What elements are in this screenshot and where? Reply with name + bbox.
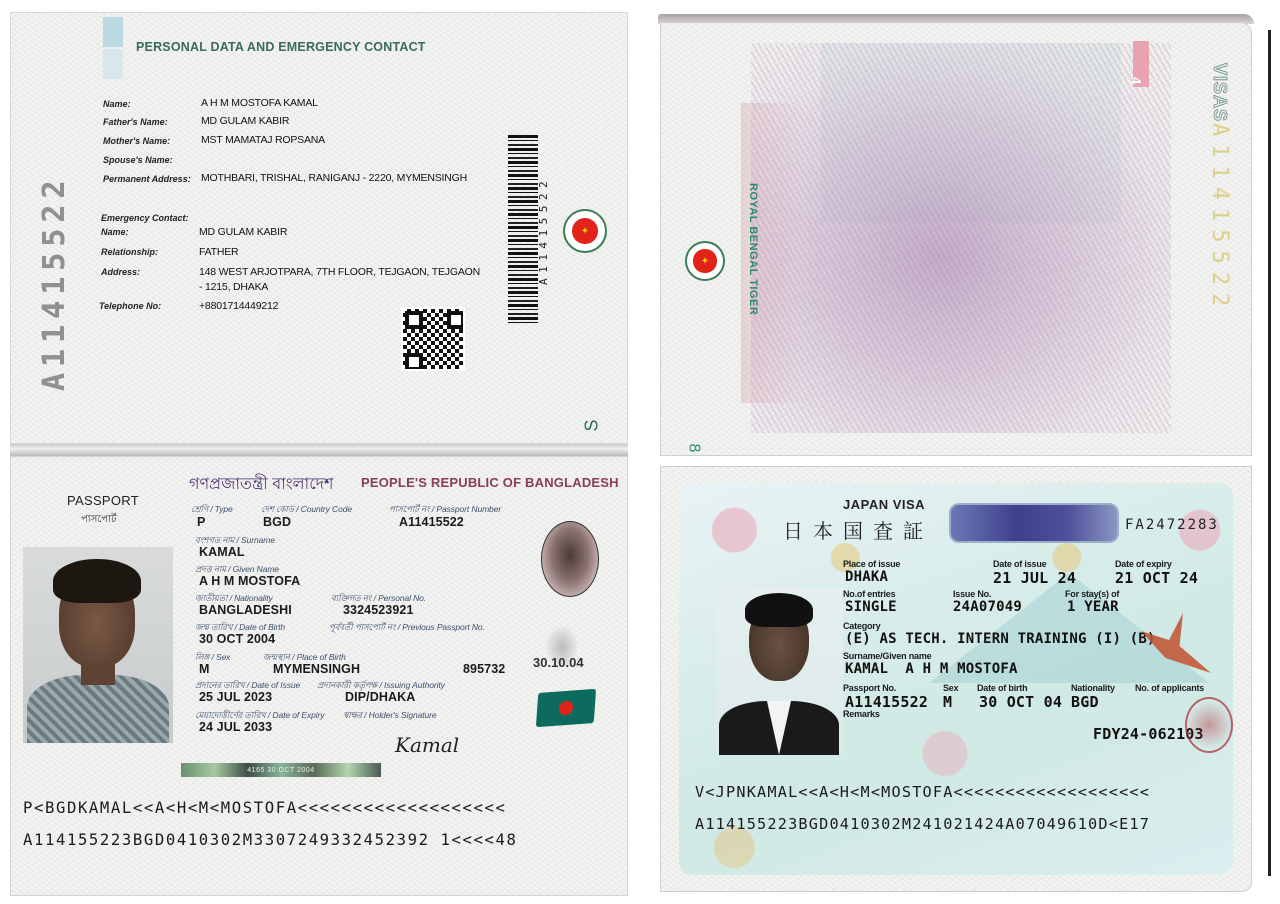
visa-title-japanese: 日本国査証 bbox=[783, 515, 933, 544]
visa-page: JAPAN VISA 日本国査証 FA2472283 Place of issu… bbox=[660, 466, 1252, 892]
for-stay-label: For stay(s) of bbox=[1065, 589, 1119, 599]
signature-label: স্বাক্ষর / Holder's Signature bbox=[343, 709, 437, 723]
visa-mrz-line-1: V<JPNKAMAL<<A<H<M<MOSTOFA<<<<<<<<<<<<<<<… bbox=[695, 783, 1150, 801]
emergency-contact-heading: Emergency Contact: bbox=[101, 213, 189, 223]
perforated-passport-number: A11415522 bbox=[37, 71, 73, 391]
surname-value: KAMAL bbox=[199, 545, 245, 559]
emergency-address-value: 148 WEST ARJOTPARA, 7TH FLOOR, TEJGAON, … bbox=[199, 266, 480, 278]
holographic-emblem bbox=[949, 503, 1119, 543]
personal-no-value: 3324523921 bbox=[343, 603, 414, 617]
given-name-value: A H M MOSTOFA bbox=[199, 574, 300, 588]
emergency-name-label: Name: bbox=[101, 227, 129, 237]
ghost-image-date: 30.10.04 bbox=[533, 655, 584, 670]
visas-label: VISAS bbox=[1209, 63, 1230, 122]
no-of-entries-label: No.of entries bbox=[843, 589, 895, 599]
barcode-number: A11415522 bbox=[537, 135, 551, 325]
tiger-caption: ROYAL BENGAL TIGER bbox=[747, 183, 759, 315]
date-of-issue-label: Date of issue bbox=[993, 559, 1046, 569]
date-of-issue-value: 21 JUL 24 bbox=[993, 569, 1076, 587]
telephone-label: Telephone No: bbox=[99, 301, 161, 311]
category-value: (E) AS TECH. INTERN TRAINING (I) (B) bbox=[845, 631, 1156, 647]
no-of-entries-value: SINGLE bbox=[845, 599, 897, 615]
passport-label: PASSPORT bbox=[67, 493, 139, 508]
date-of-birth-value: 30 OCT 2004 bbox=[199, 632, 275, 646]
nationality-label: Nationality bbox=[1071, 683, 1115, 693]
name-value: KAMAL A H M MOSTOFA bbox=[845, 661, 1018, 677]
sex-value: M bbox=[943, 693, 952, 711]
date-of-expiry-label: Date of expiry bbox=[1115, 559, 1172, 569]
date-of-expiry-value: 24 JUL 2033 bbox=[199, 720, 272, 734]
perforated-passport-number: A11415522 bbox=[1207, 123, 1232, 314]
visa-mrz-line-2: A114155223BGD0410302M241021424A07049610D… bbox=[695, 815, 1150, 833]
passport-label-bengali: পাসপোর্ট bbox=[81, 512, 116, 529]
sex-label: Sex bbox=[943, 683, 958, 693]
mother-name-value: MST MAMATAJ ROPSANA bbox=[201, 134, 325, 146]
issuing-authority-value: DIP/DHAKA bbox=[345, 690, 415, 704]
spouse-name-label: Spouse's Name: bbox=[103, 155, 173, 165]
father-name-value: MD GULAM KABIR bbox=[201, 115, 289, 127]
nationality-value: BANGLADESHI bbox=[199, 603, 292, 617]
type-value: P bbox=[197, 515, 205, 529]
sex-value: M bbox=[199, 662, 210, 676]
ghost-image-oval bbox=[541, 521, 599, 597]
no-of-applicants-label: No. of applicants bbox=[1135, 683, 1204, 693]
emergency-address-value-line2: - 1215, DHAKA bbox=[199, 281, 268, 293]
passport-number-value: A11415522 bbox=[399, 515, 464, 529]
emergency-name-value: MD GULAM KABIR bbox=[199, 226, 287, 238]
qr-code bbox=[401, 307, 465, 371]
name-label: Surname/Given name bbox=[843, 651, 931, 661]
issue-no-label: Issue No. bbox=[953, 589, 991, 599]
for-stay-value: 1 YEAR bbox=[1067, 599, 1119, 615]
place-of-issue-value: DHAKA bbox=[845, 569, 888, 585]
bangladesh-flag-icon bbox=[536, 689, 596, 727]
date-of-birth-value: 30 OCT 04 bbox=[979, 693, 1062, 711]
scan-edge-line bbox=[1268, 30, 1271, 876]
mrz-line-1: P<BGDKAMAL<<A<H<M<MOSTOFA<<<<<<<<<<<<<<<… bbox=[23, 799, 506, 817]
date-of-birth-label: Date of birth bbox=[977, 683, 1027, 693]
visa-pages-book: ROYAL BENGAL TIGER ✦ 4 VISAS A11415522 8… bbox=[658, 14, 1258, 892]
previous-passport-label: পূর্ববর্তী পাসপোর্ট নং / Previous Passpo… bbox=[329, 621, 485, 635]
date-of-issue-value: 25 JUL 2023 bbox=[199, 690, 272, 704]
personal-data-title: PERSONAL DATA AND EMERGENCY CONTACT bbox=[136, 40, 426, 54]
visa-title: JAPAN VISA bbox=[843, 497, 925, 512]
holder-signature: Kamal bbox=[395, 733, 459, 757]
tiger-page: ROYAL BENGAL TIGER ✦ 4 VISAS A11415522 8 bbox=[660, 22, 1252, 456]
country-header-bengali: গণপ্রজাতন্ত্রী বাংলাদেশ bbox=[189, 471, 334, 498]
ministry-seal-stamp bbox=[1185, 697, 1233, 753]
personal-data-page: PERSONAL DATA AND EMERGENCY CONTACT A114… bbox=[10, 12, 628, 444]
emergency-address-label: Address: bbox=[101, 267, 140, 277]
japan-visa-sticker: JAPAN VISA 日本国査証 FA2472283 Place of issu… bbox=[679, 483, 1233, 875]
visa-holder-photo bbox=[715, 587, 843, 755]
page-number-bottom: 8 bbox=[684, 444, 702, 453]
mrz-line-2: A114155223BGD0410302M3307249332452392 1<… bbox=[23, 831, 517, 849]
holder-photo bbox=[23, 547, 173, 743]
page-marker: S bbox=[582, 419, 603, 431]
permanent-address-label: Permanent Address: bbox=[103, 174, 191, 184]
mother-name-label: Mother's Name: bbox=[103, 136, 170, 146]
telephone-value: +8801714449212 bbox=[199, 300, 278, 312]
nationality-value: BGD bbox=[1071, 693, 1099, 711]
issue-no-value: 24A07049 bbox=[953, 599, 1022, 615]
father-name-label: Father's Name: bbox=[103, 117, 168, 127]
place-of-issue-label: Place of issue bbox=[843, 559, 900, 569]
page-number-top: 4 bbox=[1129, 77, 1144, 84]
relationship-label: Relationship: bbox=[101, 247, 158, 257]
bangladesh-passport-book: PERSONAL DATA AND EMERGENCY CONTACT A114… bbox=[10, 12, 630, 896]
place-of-birth-value: MYMENSINGH bbox=[273, 662, 360, 676]
hologram-strip: 4165 30 OCT 2004 bbox=[181, 763, 381, 777]
passport-no-label: Passport No. bbox=[843, 683, 896, 693]
government-seal-icon: ✦ bbox=[685, 241, 725, 281]
passport-bio-page: গণপ্রজাতন্ত্রী বাংলাদেশ PEOPLE'S REPUBLI… bbox=[10, 456, 628, 896]
remarks-label: Remarks bbox=[843, 709, 880, 719]
category-label: Category bbox=[843, 621, 880, 631]
date-of-expiry-value: 21 OCT 24 bbox=[1115, 569, 1198, 587]
government-seal-icon: ✦ bbox=[563, 209, 607, 253]
name-value: A H M MOSTOFA KAMAL bbox=[201, 97, 318, 109]
page-fold bbox=[10, 444, 628, 456]
country-header-english: PEOPLE'S REPUBLIC OF BANGLADESH bbox=[361, 475, 619, 490]
visa-number: FA2472283 bbox=[1125, 517, 1219, 533]
barcode bbox=[508, 135, 538, 323]
permanent-address-value: MOTHBARI, TRISHAL, RANIGANJ - 2220, MYME… bbox=[201, 172, 467, 184]
royal-bengal-tiger-image bbox=[751, 43, 1171, 433]
relationship-value: FATHER bbox=[199, 246, 238, 258]
name-label: Name: bbox=[103, 99, 131, 109]
serial-number: 895732 bbox=[463, 662, 505, 676]
page-tab-decoration bbox=[103, 49, 123, 79]
page-tab-decoration bbox=[103, 17, 123, 47]
country-code-value: BGD bbox=[263, 515, 291, 529]
